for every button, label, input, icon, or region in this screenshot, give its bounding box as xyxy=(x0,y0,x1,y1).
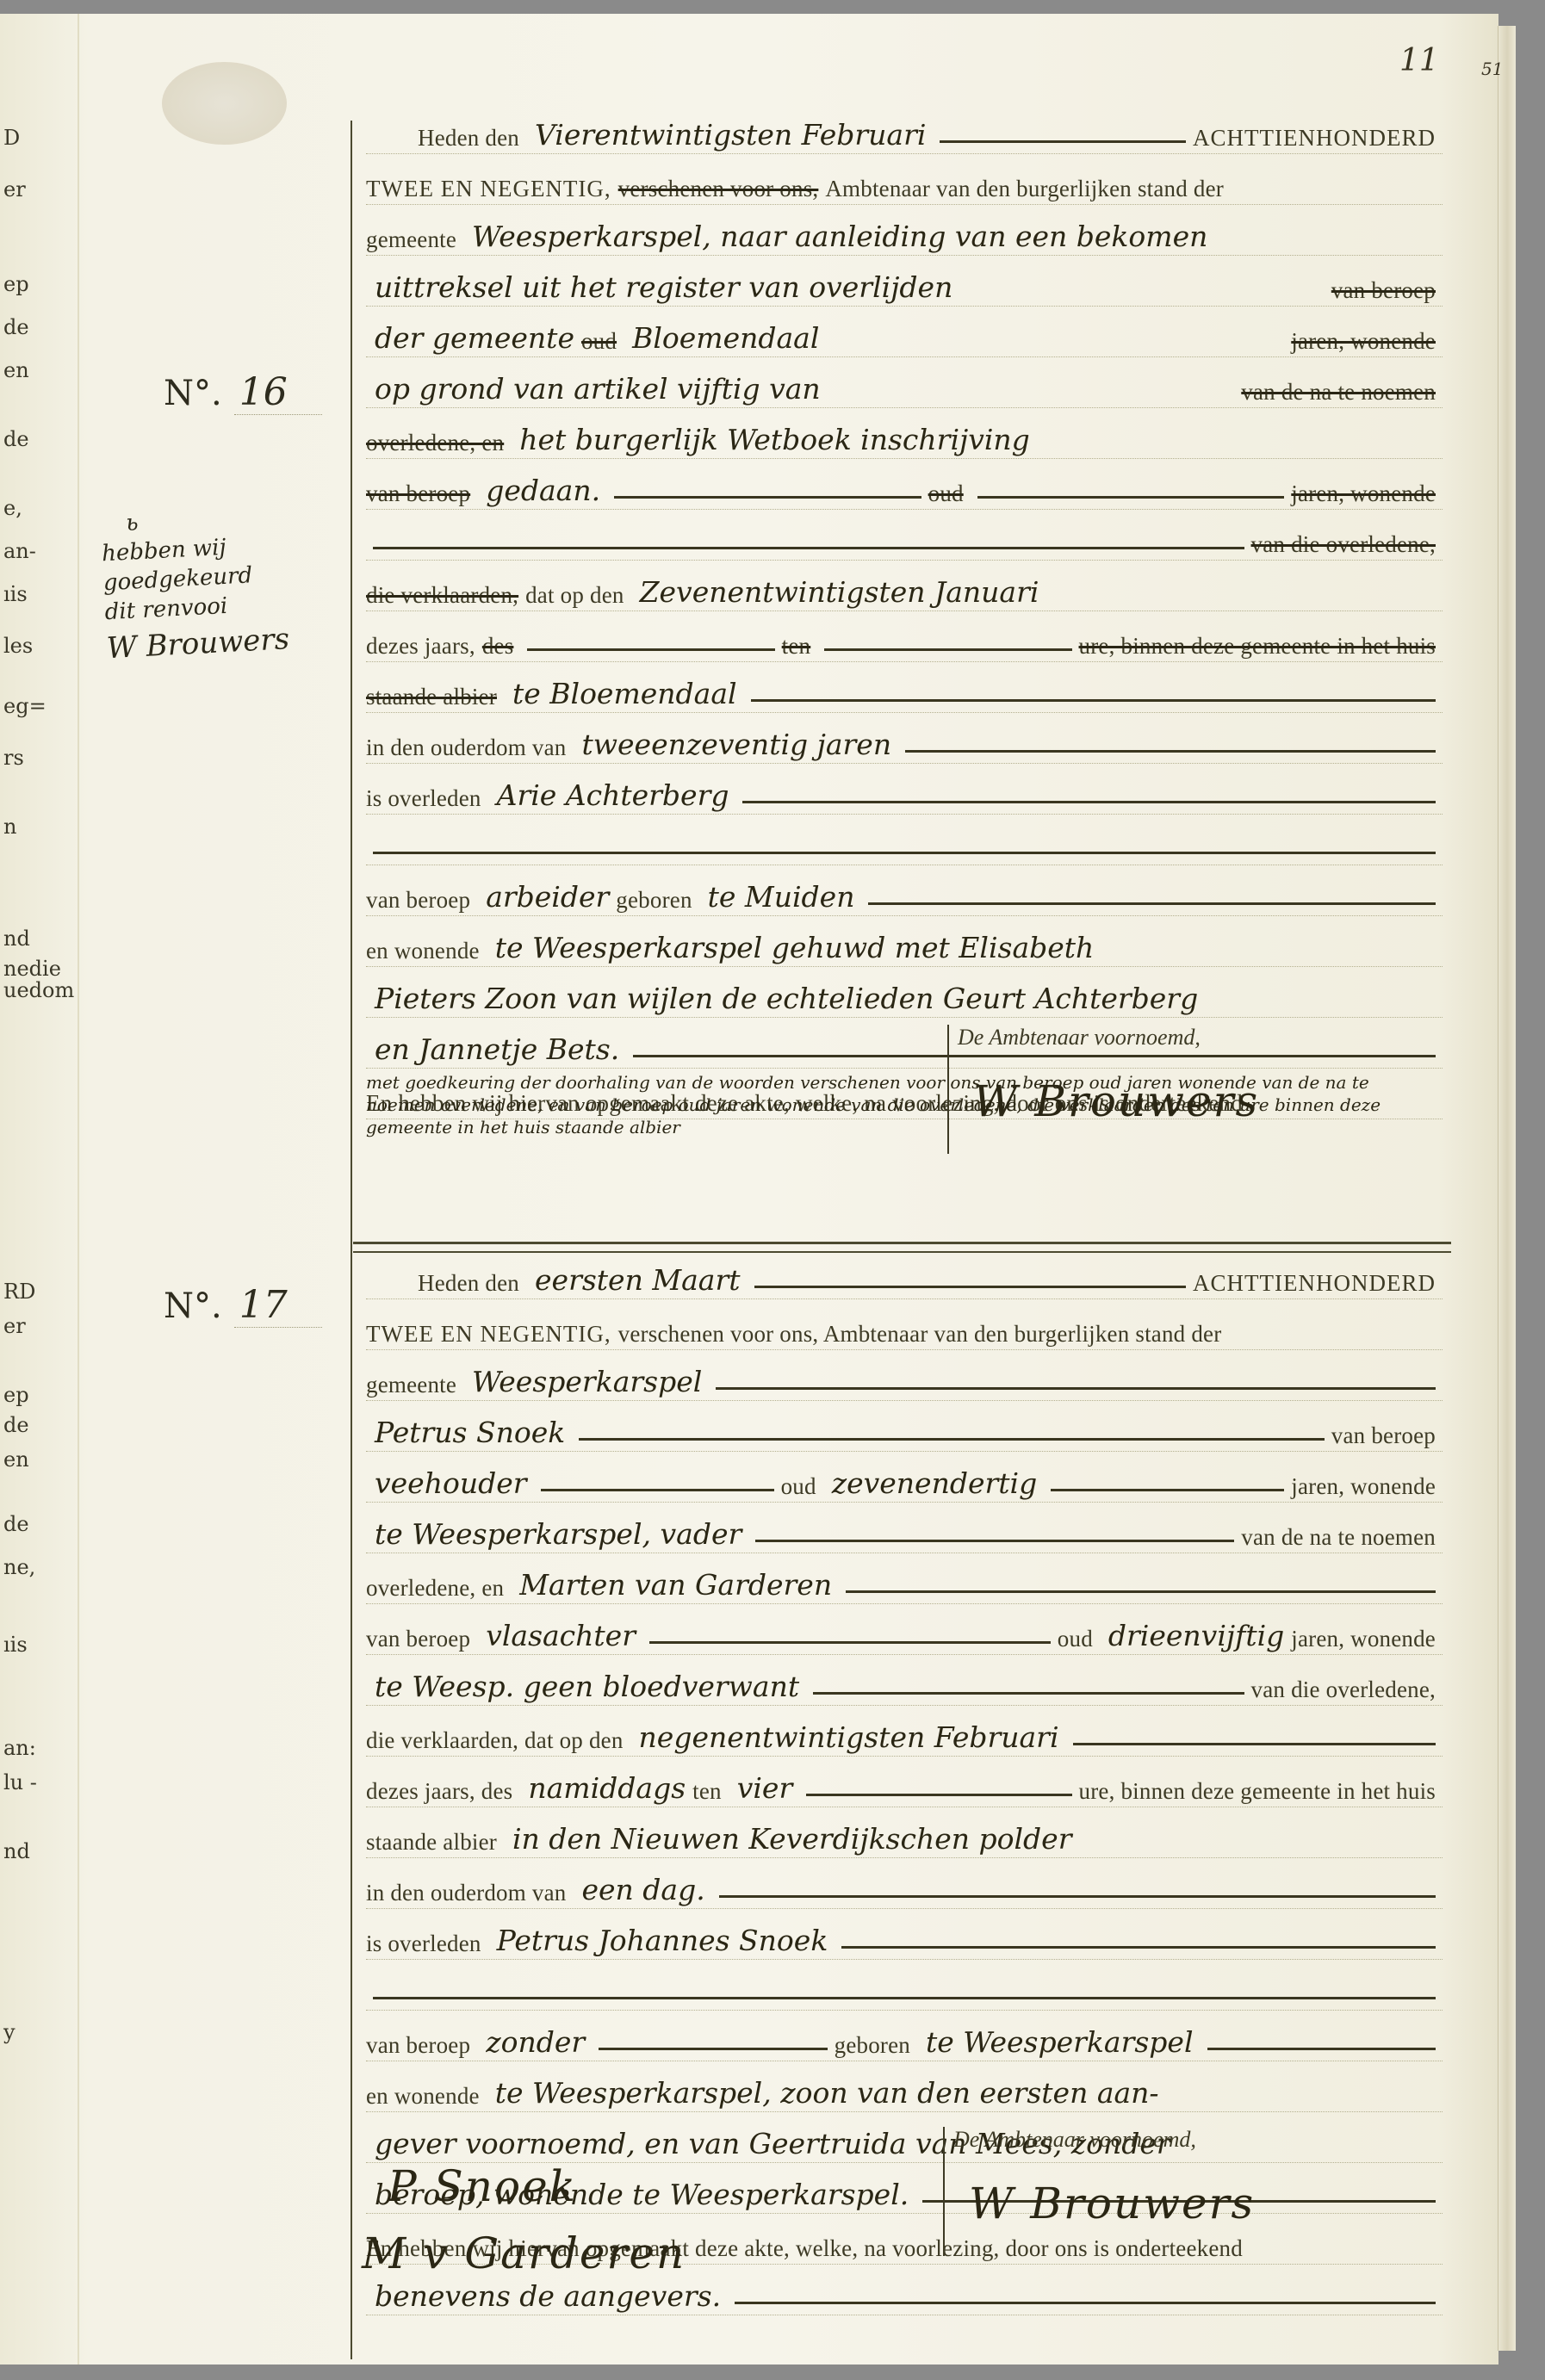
form-line: gever voornoemd, en van Geertruida van M… xyxy=(366,2112,1443,2163)
handwritten-entry: Zevenentwintigsten Januari xyxy=(640,575,1039,609)
previous-page-fragment: RD xyxy=(3,1280,35,1304)
fill-dash xyxy=(841,1946,1436,1949)
printed-text: staande albier xyxy=(366,1829,497,1856)
handwritten-entry: Arie Achterberg xyxy=(497,778,729,812)
previous-page-fragment: de xyxy=(3,1512,29,1536)
fill-dash xyxy=(373,547,1244,549)
form-line: staande albierte Bloemendaal xyxy=(366,662,1443,713)
handwritten-entry: te Weesperkarspel gehuwd met Elisabeth xyxy=(495,931,1095,964)
form-line: TWEE EN NEGENTIG,verschenen voor ons,Amb… xyxy=(366,154,1443,205)
previous-page-fragment: uedom xyxy=(3,978,74,1002)
handwritten-entry: veehouder xyxy=(375,1466,527,1500)
printed-text: ACHTTIENHONDERD xyxy=(1193,1270,1436,1297)
page-edge xyxy=(1498,26,1516,2351)
form-line: gemeenteWeesperkarspel xyxy=(366,1350,1443,1401)
handwritten-entry: Marten van Garderen xyxy=(519,1568,832,1602)
printed-text: TWEE EN NEGENTIG, xyxy=(366,176,611,202)
fill-dash xyxy=(940,140,1186,143)
fill-dash xyxy=(806,1794,1071,1796)
act-number-16: N°.16 xyxy=(164,370,322,414)
handwritten-entry: der gemeente xyxy=(375,321,574,355)
margin-renvooi-note: ь hebben wij goedgekeurd dit renvooi W B… xyxy=(100,498,349,663)
form-line: is overledenPetrus Johannes Snoek xyxy=(366,1909,1443,1960)
previous-page-fragment: en xyxy=(3,358,29,382)
previous-page-fragment: D xyxy=(3,126,20,150)
fill-dash xyxy=(751,699,1436,702)
previous-page-fragment: ne, xyxy=(3,1555,35,1579)
handwritten-entry: Weesperkarspel xyxy=(472,1365,702,1398)
handwritten-entry: een dag. xyxy=(582,1873,705,1906)
handwritten-entry: zonder xyxy=(486,2025,585,2059)
handwritten-entry: en Jannetje Bets. xyxy=(375,1032,619,1066)
handwritten-entry: zevenendertig xyxy=(832,1466,1038,1500)
previous-page-fragment: nedie xyxy=(3,957,61,981)
declarant-signatures-17: P Snoek M v Garderen xyxy=(362,2161,686,2278)
form-line: van beroepvlasachterouddrieenvijftigjare… xyxy=(366,1604,1443,1655)
struck-printed-text: ten xyxy=(782,633,811,660)
previous-page-fragment: er xyxy=(3,1314,26,1338)
previous-page-fragment: er xyxy=(3,177,26,201)
previous-page-fragment: eg= xyxy=(3,694,47,718)
folio-number: 11 xyxy=(1399,43,1439,78)
struck-printed-text: die verklaarden, xyxy=(366,582,518,609)
handwritten-entry: arbeider xyxy=(486,880,609,914)
form-line: te Weesperkarspel, vadervan de na te noe… xyxy=(366,1503,1443,1553)
handwritten-entry: Petrus Johannes Snoek xyxy=(497,1924,828,1957)
struck-printed-text: oud xyxy=(928,480,964,507)
handwritten-entry: vlasachter xyxy=(486,1619,636,1652)
struck-printed-text: van die overledene, xyxy=(1251,531,1436,558)
form-line: veehouderoudzevenendertigjaren, wonende xyxy=(366,1452,1443,1503)
printed-text: is overleden xyxy=(366,1931,481,1957)
handwritten-entry: gedaan. xyxy=(486,474,600,507)
declarant-signature-2: M v Garderen xyxy=(362,2228,686,2278)
handwritten-entry: tweeenzeventig jaren xyxy=(582,728,892,761)
form-line: die verklaarden, dat op dennegenentwinti… xyxy=(366,1706,1443,1757)
act-number-17: N°.17 xyxy=(164,1283,322,1327)
previous-page-fragment: n xyxy=(3,815,16,839)
printed-text: gemeente xyxy=(366,226,456,253)
official-signature: W Brouwers xyxy=(969,2179,1255,2228)
water-stain xyxy=(162,62,287,145)
act-number-label: N°. xyxy=(164,1286,222,1326)
form-line: overledene, enMarten van Garderen xyxy=(366,1553,1443,1604)
struck-printed-text: des xyxy=(482,633,514,660)
printed-text: dezes jaars, des xyxy=(366,1778,512,1805)
handwritten-entry: te Weesperkarspel, zoon van den eersten … xyxy=(495,2076,1159,2110)
official-signature: W Brouwers xyxy=(973,1076,1259,1126)
handwritten-entry: namiddags xyxy=(528,1771,686,1805)
form-line: van die overledene, xyxy=(366,510,1443,561)
struck-printed-text: van beroep xyxy=(366,480,470,507)
previous-page-fragment: an- xyxy=(3,539,36,563)
handwritten-entry: Bloemendaal xyxy=(632,321,819,355)
form-line: der gemeenteoudBloemendaaljaren, wonende xyxy=(366,307,1443,357)
fill-dash xyxy=(649,1641,1051,1644)
form-line: uittreksel uit het register van overlijd… xyxy=(366,256,1443,307)
previous-page-fragment: ep xyxy=(3,1383,29,1407)
previous-page-fragment: nd xyxy=(3,927,30,951)
form-line: Petrus Snoekvan beroep xyxy=(366,1401,1443,1452)
fill-dash xyxy=(813,1692,1244,1695)
form-line: te Weesp. geen bloedverwantvan die overl… xyxy=(366,1655,1443,1706)
fill-dash xyxy=(905,750,1436,753)
printed-text: ACHTTIENHONDERD xyxy=(1193,125,1436,152)
fill-dash xyxy=(579,1438,1325,1441)
fill-dash xyxy=(846,1590,1436,1593)
renvooi-annotation-text: met goedkeuring der doorhaling van de wo… xyxy=(366,1071,1425,1138)
form-line: van beroepzondergeborente Weesperkarspel xyxy=(366,2011,1443,2061)
handwritten-entry: te Muiden xyxy=(708,880,855,914)
handwritten-entry: negenentwintigsten Februari xyxy=(639,1720,1059,1754)
handwritten-entry: benevens de aangevers. xyxy=(375,2279,721,2313)
printed-text: jaren, wonende xyxy=(1291,1626,1436,1652)
struck-printed-text: jaren, wonende xyxy=(1291,328,1436,355)
form-line: en Jannetje Bets. xyxy=(366,1018,1443,1069)
act-number-label: N°. xyxy=(164,374,222,413)
act-number-value: 17 xyxy=(234,1283,322,1328)
fill-dash xyxy=(373,1997,1436,1999)
form-line: Heden deneersten MaartACHTTIENHONDERD xyxy=(366,1249,1443,1299)
previous-page-fragment: e, xyxy=(3,496,22,520)
handwritten-entry: uittreksel uit het register van overlijd… xyxy=(375,270,952,304)
handwritten-entry: drieenvijftig xyxy=(1108,1619,1284,1652)
form-line: dezes jaars,destenure, binnen deze gemee… xyxy=(366,611,1443,662)
form-line: op grond van artikel vijftig vanvan de n… xyxy=(366,357,1443,408)
form-line: is overledenArie Achterberg xyxy=(366,764,1443,815)
fill-dash xyxy=(527,648,774,651)
previous-page-fragment: rs xyxy=(3,746,24,770)
previous-page-fragment: an: xyxy=(3,1736,36,1760)
previous-page-strip: Derepdeendee,an-ıisleseg=rsnndnedieuedom… xyxy=(0,14,79,2365)
printed-text: dezes jaars, xyxy=(366,633,475,660)
previous-page-fragment: ep xyxy=(3,272,29,296)
form-line: TWEE EN NEGENTIG,verschenen voor ons, Am… xyxy=(366,1299,1443,1350)
death-record-16: Heden denVierentwintigsten FebruariACHTT… xyxy=(366,103,1443,1119)
form-line: van beroepgedaan.oudjaren, wonende xyxy=(366,459,1443,510)
printed-text: van beroep xyxy=(366,2032,470,2059)
fill-dash xyxy=(1207,2048,1436,2050)
declarant-signature-1: P Snoek xyxy=(388,2161,686,2211)
printed-text: gemeente xyxy=(366,1372,456,1398)
printed-text: oud xyxy=(781,1473,816,1500)
handwritten-entry: Petrus Snoek xyxy=(375,1416,565,1449)
fill-dash xyxy=(614,496,921,499)
printed-text: in den ouderdom van xyxy=(366,1880,567,1906)
death-record-17: Heden deneersten MaartACHTTIENHONDERDTWE… xyxy=(366,1249,1443,2315)
fill-dash xyxy=(1051,1489,1284,1491)
form-line: in den ouderdom vaneen dag. xyxy=(366,1858,1443,1909)
previous-page-fragment: de xyxy=(3,427,29,451)
previous-page-fragment: de xyxy=(3,315,29,339)
form-line: gemeenteWeesperkarspel, naar aanleiding … xyxy=(366,205,1443,256)
struck-printed-text: van beroep xyxy=(1331,277,1436,304)
fill-dash xyxy=(754,1286,1187,1288)
handwritten-entry: te Bloemendaal xyxy=(512,677,737,710)
form-line: dezes jaars, desnamiddagstenvierure, bin… xyxy=(366,1757,1443,1807)
form-line xyxy=(366,815,1443,865)
fill-dash xyxy=(716,1387,1436,1390)
printed-text: is overleden xyxy=(366,785,481,812)
official-signature-block-16: De Ambtenaar voornoemd, W Brouwers xyxy=(947,1025,1259,1126)
form-line: en wonendete Weesperkarspel, zoon van de… xyxy=(366,2061,1443,2112)
printed-text: en wonende xyxy=(366,2083,480,2110)
previous-page-fragment: nd xyxy=(3,1839,30,1863)
previous-page-fragment: en xyxy=(3,1447,29,1472)
fill-dash xyxy=(755,1540,1234,1542)
form-line: die verklaarden,dat op denZevenentwintig… xyxy=(366,561,1443,611)
previous-page-fragment: y xyxy=(3,2020,16,2044)
handwritten-entry: te Weesperkarspel, vader xyxy=(375,1517,741,1551)
printed-text: verschenen voor ons, Ambtenaar van den b… xyxy=(618,1321,1222,1348)
printed-text: ten xyxy=(692,1778,722,1805)
fill-dash xyxy=(742,801,1436,803)
fill-dash xyxy=(373,852,1436,854)
printed-text: in den ouderdom van xyxy=(366,734,567,761)
printed-text: die verklaarden, dat op den xyxy=(366,1727,624,1754)
printed-text: overledene, en xyxy=(366,1575,504,1602)
printed-text: jaren, wonende xyxy=(1291,1473,1436,1500)
handwritten-entry: eersten Maart xyxy=(535,1263,740,1297)
printed-text: oud xyxy=(1058,1626,1093,1652)
struck-printed-text: verschenen voor ons, xyxy=(618,176,819,202)
handwritten-entry: Pieters Zoon van wijlen de echtelieden G… xyxy=(375,982,1198,1015)
handwritten-entry: vier xyxy=(737,1771,793,1805)
fill-dash xyxy=(735,2302,1436,2304)
renvooi-annotation-16: met goedkeuring der doorhaling van de wo… xyxy=(366,1071,1443,1138)
form-line: staande albierin den Nieuwen Keverdijksc… xyxy=(366,1807,1443,1858)
struck-printed-text: ure, binnen deze gemeente in het huis xyxy=(1079,633,1436,660)
struck-printed-text: staande albier xyxy=(366,684,497,710)
fill-dash xyxy=(1073,1743,1436,1745)
previous-page-fragment: ıis xyxy=(3,1633,28,1657)
handwritten-entry: Weesperkarspel, naar aanleiding van een … xyxy=(472,220,1207,253)
form-line: Heden denVierentwintigsten FebruariACHTT… xyxy=(366,103,1443,154)
printed-text: van beroep xyxy=(1331,1422,1436,1449)
printed-text: Heden den xyxy=(418,1270,519,1297)
form-line xyxy=(366,1960,1443,2011)
printed-text: ure, binnen deze gemeente in het huis xyxy=(1079,1778,1436,1805)
handwritten-entry: in den Nieuwen Keverdijkschen polder xyxy=(512,1822,1072,1856)
fill-dash xyxy=(719,1895,1436,1898)
official-signature-block-17: De Ambtenaar voornoemd, W Brouwers xyxy=(943,2127,1255,2228)
printed-text: Heden den xyxy=(418,125,519,152)
handwritten-entry: Vierentwintigsten Februari xyxy=(535,118,926,152)
folio-secondary-number: 51 xyxy=(1481,59,1503,79)
previous-page-fragment: de xyxy=(3,1413,29,1437)
handwritten-entry: op grond van artikel vijftig van xyxy=(375,372,821,406)
fill-dash xyxy=(824,648,1071,651)
handwritten-entry: te Weesperkarspel xyxy=(926,2025,1194,2059)
handwritten-entry: te Weesp. geen bloedverwant xyxy=(375,1670,799,1703)
printed-text: van beroep xyxy=(366,1626,470,1652)
struck-printed-text: overledene, en xyxy=(366,430,504,456)
printed-text: van de na te noemen xyxy=(1241,1524,1436,1551)
fill-dash xyxy=(599,2048,827,2050)
margin-rule xyxy=(351,121,352,2359)
printed-text: TWEE EN NEGENTIG, xyxy=(366,1321,611,1348)
printed-text: van beroep xyxy=(366,887,470,914)
previous-page-fragment: les xyxy=(3,634,33,658)
handwritten-entry: het burgerlijk Wetboek inschrijving xyxy=(519,423,1030,456)
printed-text: geboren xyxy=(616,887,692,914)
form-line: Pieters Zoon van wijlen de echtelieden G… xyxy=(366,967,1443,1018)
struck-printed-text: van de na te noemen xyxy=(1241,379,1436,406)
fill-dash xyxy=(541,1489,774,1491)
form-line: overledene, enhet burgerlijk Wetboek ins… xyxy=(366,408,1443,459)
struck-printed-text: jaren, wonende xyxy=(1291,480,1436,507)
printed-text: geboren xyxy=(835,2032,910,2059)
form-line: in den ouderdom vantweeenzeventig jaren xyxy=(366,713,1443,764)
printed-text: van die overledene, xyxy=(1251,1677,1436,1703)
struck-printed-text: oud xyxy=(581,328,617,355)
printed-text: Ambtenaar van den burgerlijken stand der xyxy=(825,176,1224,202)
printed-text: dat op den xyxy=(525,582,624,609)
form-line: van beroeparbeidergeborente Muiden xyxy=(366,865,1443,916)
previous-page-fragment: lu - xyxy=(3,1770,37,1794)
form-line: en wonendete Weesperkarspel gehuwd met E… xyxy=(366,916,1443,967)
act-number-value: 16 xyxy=(234,370,322,415)
previous-page-fragment: ıis xyxy=(3,582,28,606)
fill-dash xyxy=(868,902,1436,905)
printed-text: en wonende xyxy=(366,938,480,964)
fill-dash xyxy=(977,496,1285,499)
